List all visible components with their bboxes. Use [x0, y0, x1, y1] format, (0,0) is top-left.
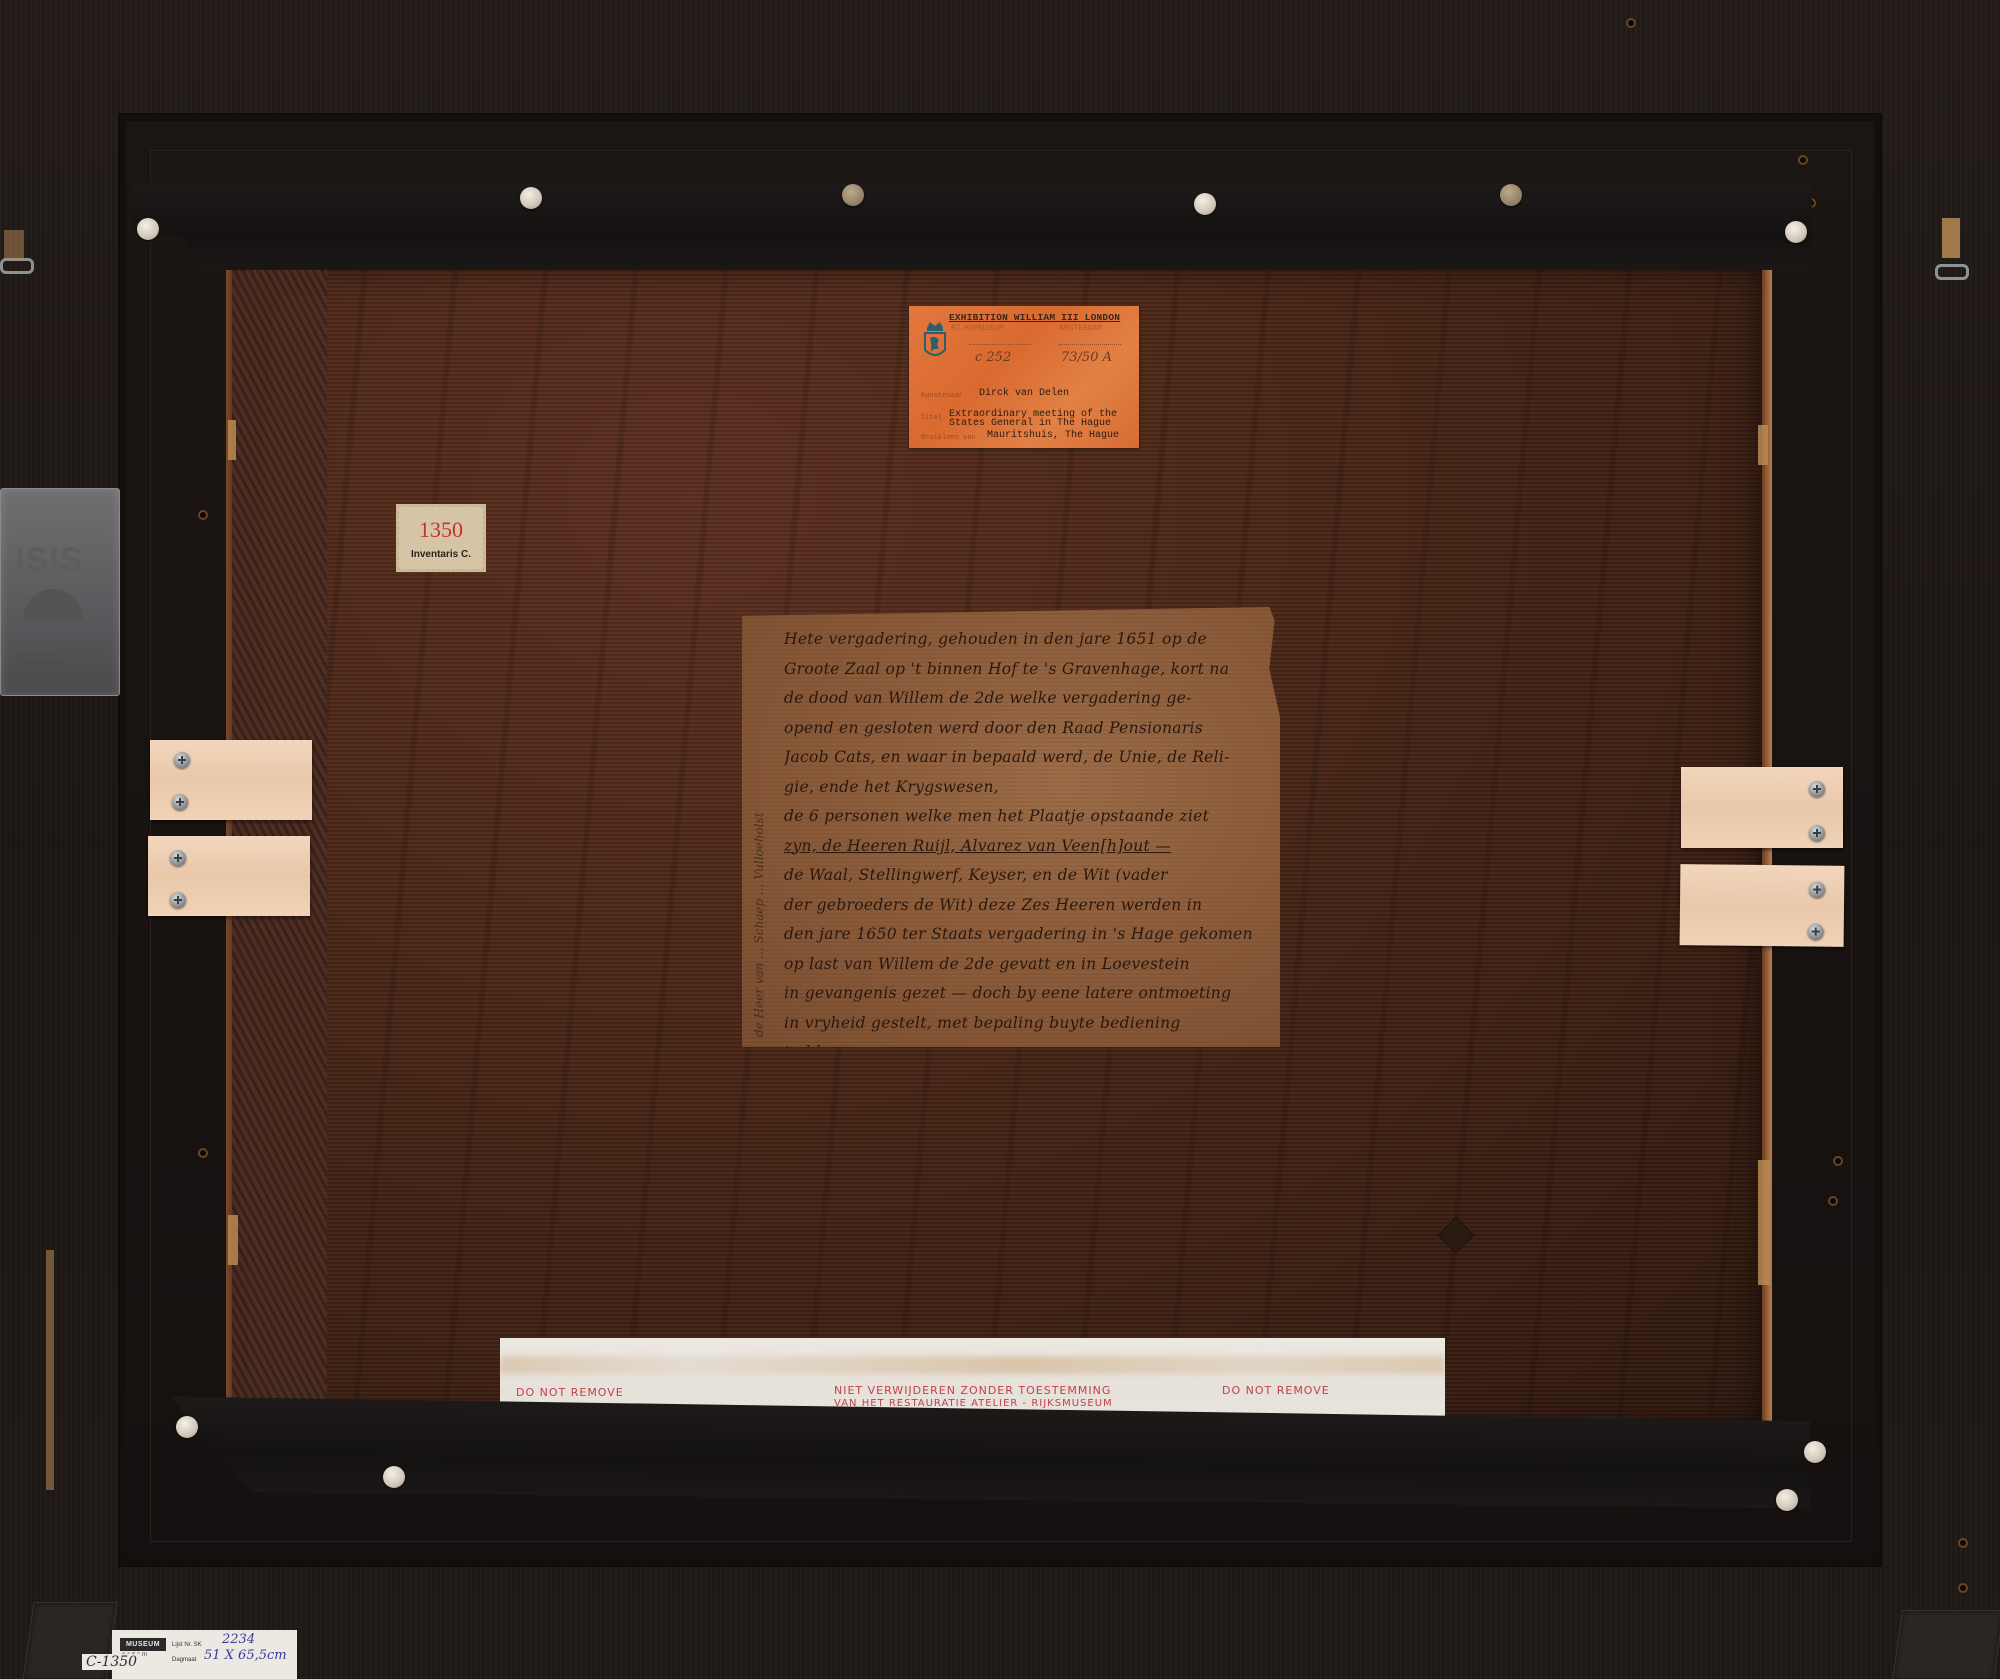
nail-hole	[1960, 1540, 1966, 1546]
panel-chip	[1758, 425, 1768, 465]
manuscript-line: in gevangenis gezet — doch by eene later…	[784, 979, 1264, 1009]
manuscript-line: in vryheid gestelt, met bepaling buyte b…	[784, 1009, 1264, 1039]
nail-hole	[200, 512, 206, 518]
manuscript-line: gie, ende het Krygswesen,	[784, 773, 1264, 803]
rivet-icon	[137, 218, 159, 240]
panel-chip	[1758, 1160, 1770, 1285]
wood-retaining-block	[1681, 767, 1843, 848]
manuscript-line: opend en gesloten werd door den Raad Pen…	[784, 714, 1264, 744]
panel-chip	[228, 1215, 238, 1265]
paper-stain	[500, 1356, 1445, 1374]
frame-paint-chip	[1942, 218, 1960, 258]
isis-rfid-tag: ISIS powered by mecommand	[0, 488, 120, 696]
exhibition-subheader-right: AMSTERDAM	[1059, 324, 1102, 333]
warning-left: DO NOT REMOVE	[516, 1386, 624, 1399]
rivet-icon	[1776, 1489, 1798, 1511]
rivet-icon	[176, 1416, 198, 1438]
wood-retaining-block	[1680, 864, 1845, 947]
screw-icon	[170, 850, 186, 866]
manuscript-line: Jacob Cats, en waar in bepaald werd, de …	[784, 743, 1264, 773]
handwritten-number-right: 73/50 A	[1061, 350, 1112, 365]
handwritten-number-left: c 252	[975, 350, 1011, 365]
museum-logo: MUSEUM	[120, 1638, 166, 1651]
artist-field-label: Kunstenaar	[921, 392, 963, 400]
field-line	[969, 344, 1031, 345]
manuscript-line: der gebroeders de Wit) deze Zes Heeren w…	[784, 891, 1264, 921]
manuscript-line: de dood van Willem de 2de welke vergader…	[784, 684, 1264, 714]
manuscript-line: den jare 1650 ter Staats vergadering in …	[784, 920, 1264, 950]
title-value-line2: States General in The Hague	[949, 418, 1111, 429]
isis-arc-icon	[23, 589, 83, 619]
size-label: Dagmaat	[172, 1657, 196, 1663]
handwritten-manuscript: de Heer van ... Schaep ... Vulloeholst H…	[742, 607, 1280, 1047]
screw-icon	[170, 892, 186, 908]
nail-hole	[1835, 1158, 1841, 1164]
inventory-number: 1350	[399, 517, 483, 543]
nail-hole	[200, 1150, 206, 1156]
rivet-icon	[1804, 1441, 1826, 1463]
nail-hole	[1628, 20, 1634, 26]
tape-strip-top	[132, 183, 1812, 270]
nail-hole	[1800, 157, 1806, 163]
list-number-label: Lijst Nr. SK	[172, 1642, 202, 1648]
manuscript-line: zyn, de Heeren Ruijl, Alvarez van Veen[h…	[784, 832, 1264, 862]
title-field-label: Titel	[921, 414, 942, 422]
manuscript-margin-note: de Heer van ... Schaep ... Vulloeholst	[752, 637, 772, 1037]
artist-value: Dirck van Delen	[979, 388, 1069, 399]
screw-icon	[1809, 781, 1825, 797]
rivet-icon	[1500, 184, 1522, 206]
manuscript-line: Hete vergadering, gehouden in den jare 1…	[784, 625, 1264, 655]
exhibition-header: EXHIBITION WILLIAM III LONDON	[949, 312, 1120, 323]
inventory-code: C-1350	[82, 1654, 141, 1670]
list-number-value: 2234	[222, 1632, 255, 1647]
rivet-icon	[1194, 193, 1216, 215]
rivet-icon	[520, 187, 542, 209]
frame-paint-chip	[46, 1250, 54, 1490]
wood-retaining-block	[148, 836, 310, 916]
size-value: 51 X 65,5cm	[204, 1648, 287, 1663]
rivet-icon	[842, 184, 864, 206]
foam-corner-pad	[1892, 1610, 2000, 1679]
owner-value: Mauritshuis, The Hague	[987, 430, 1119, 441]
isis-powered-by: powered by mecommand	[17, 649, 63, 667]
royal-crest-icon	[921, 318, 949, 364]
panel-chip	[228, 420, 236, 460]
nail-hole	[1960, 1585, 1966, 1591]
hanging-hook-left-icon	[0, 258, 34, 274]
screw-icon	[1809, 881, 1825, 897]
hanging-hook-right-icon	[1935, 264, 1969, 280]
field-line	[1059, 344, 1121, 345]
manuscript-line: Groote Zaal op 't binnen Hof te 's Grave…	[784, 655, 1264, 685]
inventory-text: Inventaris C.	[399, 549, 483, 560]
exhibition-subheader-left: RIJKSMUSEUM	[951, 324, 1004, 333]
screw-icon	[174, 752, 190, 768]
exhibition-label: EXHIBITION WILLIAM III LONDON RIJKSMUSEU…	[909, 306, 1139, 448]
screw-icon	[1809, 825, 1825, 841]
manuscript-line: de Waal, Stellingwerf, Keyser, en de Wit…	[784, 861, 1264, 891]
owner-field-label: Bruikleen van	[921, 434, 976, 442]
wood-retaining-block	[150, 740, 312, 820]
manuscript-line: de 6 personen welke men het Plaatje opst…	[784, 802, 1264, 832]
screw-icon	[172, 794, 188, 810]
rivet-icon	[1785, 221, 1807, 243]
nail-hole	[1830, 1198, 1836, 1204]
manuscript-body: Hete vergadering, gehouden in den jare 1…	[784, 625, 1264, 1097]
isis-logo: ISIS	[15, 541, 83, 580]
screw-icon	[1808, 923, 1824, 939]
frame-paint-chip	[4, 230, 24, 260]
warning-center-line1: NIET VERWIJDEREN ZONDER TOESTEMMING	[834, 1384, 1111, 1397]
inventory-sticker: 1350 Inventaris C.	[398, 506, 484, 570]
warning-right: DO NOT REMOVE	[1222, 1384, 1330, 1397]
rivet-icon	[383, 1466, 405, 1488]
manuscript-line: op last van Willem de 2de gevatt en in L…	[784, 950, 1264, 980]
